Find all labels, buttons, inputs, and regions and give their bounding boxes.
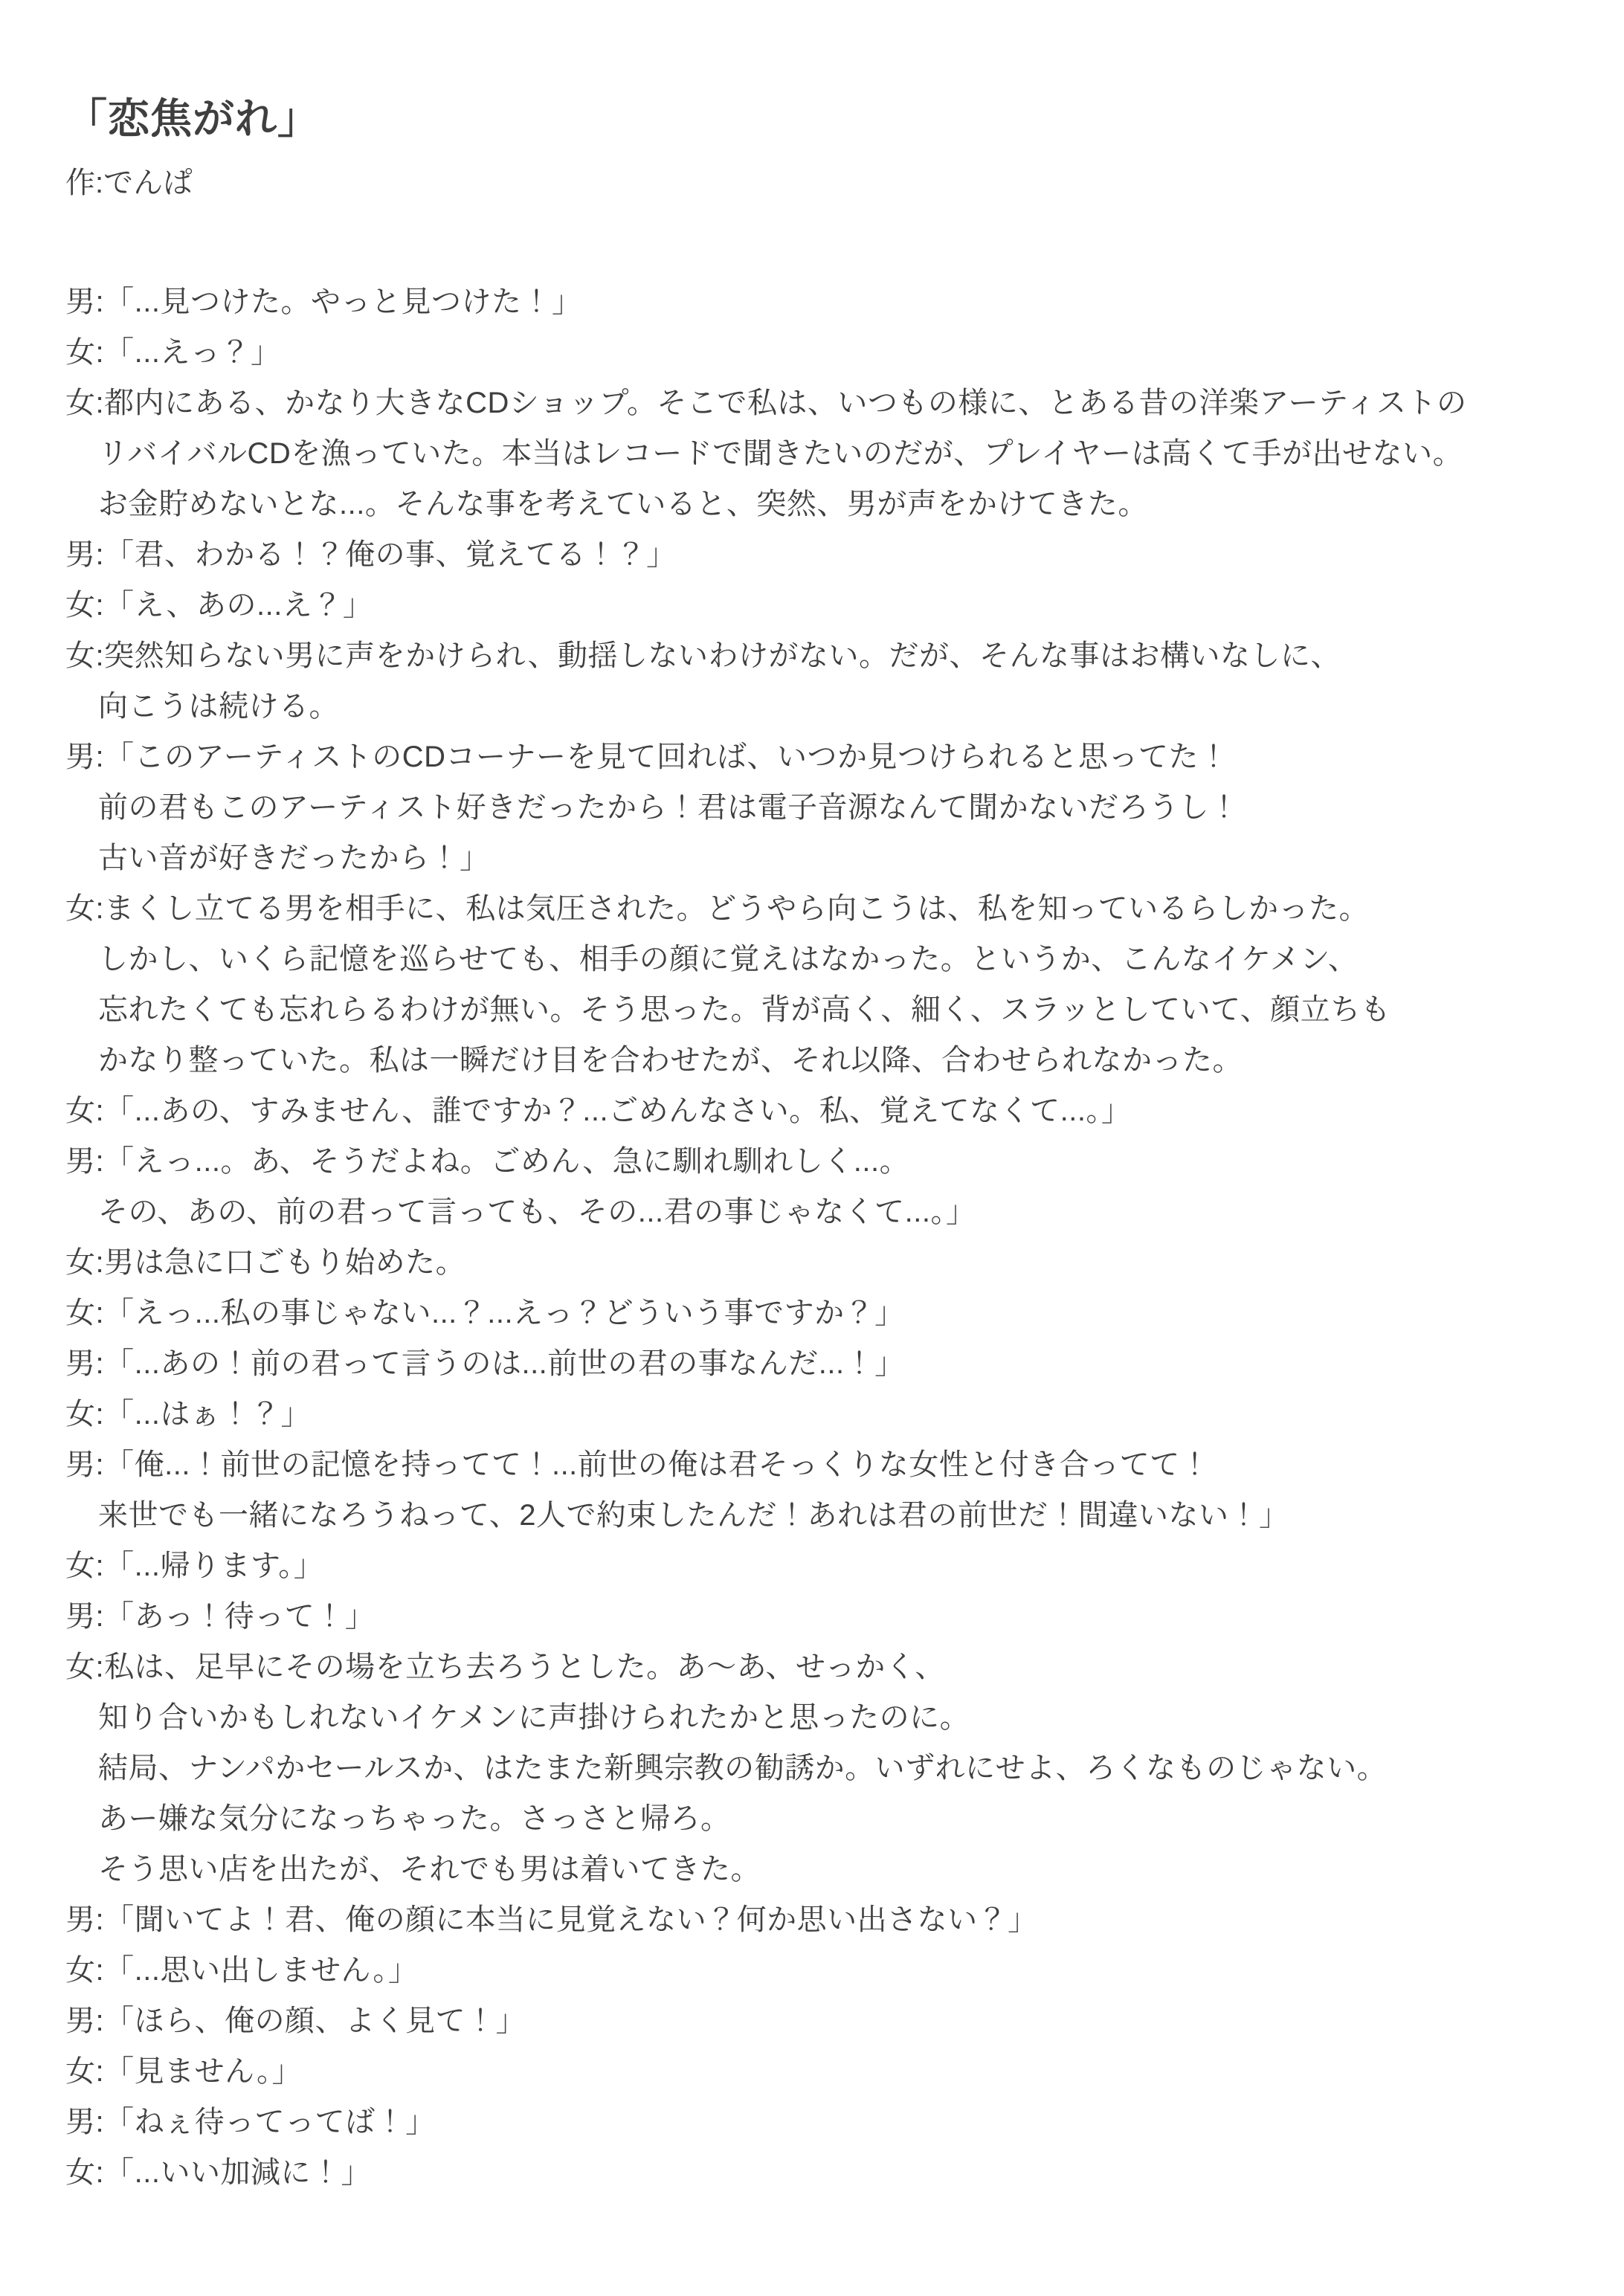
script-line: そう思い店を出たが、それでも男は着いてきた。 <box>65 1844 1579 1894</box>
script-line: リバイバルCDを漁っていた。本当はレコードで聞きたいのだが、プレイヤーは高くて手… <box>65 428 1579 479</box>
script-line: 女:まくし立てる男を相手に、私は気圧された。どうやら向こうは、私を知っているらし… <box>65 883 1579 934</box>
script-line: お金貯めないとな...。そんな事を考えていると、突然、男が声をかけてきた。 <box>65 479 1579 529</box>
document-page: 「恋焦がれ」 作:でんぱ 男:「...見つけた。やっと見つけた！」女:「...え… <box>0 0 1624 2198</box>
script-line: しかし、いくら記憶を巡らせても、相手の顔に覚えはなかった。というか、こんなイケメ… <box>65 934 1579 984</box>
script-line: 女:「...思い出しません。」 <box>65 1945 1579 1996</box>
script-body: 男:「...見つけた。やっと見つけた！」女:「...えっ？」女:都内にある、かな… <box>65 277 1579 2198</box>
script-line: 女:突然知らない男に声をかけられ、動揺しないわけがない。だが、そんな事はお構いな… <box>65 631 1579 681</box>
script-line: あー嫌な気分になっちゃった。さっさと帰ろ。 <box>65 1793 1579 1844</box>
script-line: 男:「聞いてよ！君、俺の顔に本当に見覚えない？何か思い出さない？」 <box>65 1894 1579 1945</box>
script-line: 古い音が好きだったから！」 <box>65 833 1579 883</box>
script-line: 結局、ナンパかセールスか、はたまた新興宗教の勧誘か。いずれにせよ、ろくなものじゃ… <box>65 1743 1579 1793</box>
script-line: 女:「...あの、すみません、誰ですか？...ごめんなさい。私、覚えてなくて..… <box>65 1086 1579 1136</box>
script-line: 女:私は、足早にその場を立ち去ろうとした。あ〜あ、せっかく、 <box>65 1642 1579 1692</box>
script-line: 女:男は急に口ごもり始めた。 <box>65 1237 1579 1288</box>
script-line: 女:「...えっ？」 <box>65 327 1579 378</box>
script-line: 知り合いかもしれないイケメンに声掛けられたかと思ったのに。 <box>65 1692 1579 1743</box>
script-line: 女:「えっ...私の事じゃない...？...えっ？どういう事ですか？」 <box>65 1288 1579 1338</box>
story-title: 「恋焦がれ」 <box>65 95 1579 143</box>
script-line: 女:「え、あの...え？」 <box>65 580 1579 631</box>
script-line: 女:都内にある、かなり大きなCDショップ。そこで私は、いつもの様に、とある昔の洋… <box>65 378 1579 428</box>
script-line: 男:「俺...！前世の記憶を持ってて！...前世の俺は君そっくりな女性と付き合っ… <box>65 1439 1579 1490</box>
script-line: 男:「...見つけた。やっと見つけた！」 <box>65 277 1579 327</box>
script-line: 男:「あっ！待って！」 <box>65 1591 1579 1642</box>
script-line: 男:「...あの！前の君って言うのは...前世の君の事なんだ...！」 <box>65 1338 1579 1389</box>
script-line: 女:「...はぁ！？」 <box>65 1389 1579 1439</box>
script-line: 忘れたくても忘れらるわけが無い。そう思った。背が高く、細く、スラッとしていて、顔… <box>65 984 1579 1035</box>
script-line: 男:「ほら、俺の顔、よく見て！」 <box>65 1996 1579 2046</box>
script-line: 来世でも一緒になろうねって、2人で約束したんだ！あれは君の前世だ！間違いない！」 <box>65 1490 1579 1541</box>
script-line: 前の君もこのアーティスト好きだったから！君は電子音源なんて聞かないだろうし！ <box>65 782 1579 833</box>
author-line: 作:でんぱ <box>65 165 1579 201</box>
script-line: その、あの、前の君って言っても、その...君の事じゃなくて...。」 <box>65 1187 1579 1237</box>
script-line: かなり整っていた。私は一瞬だけ目を合わせたが、それ以降、合わせられなかった。 <box>65 1035 1579 1086</box>
script-line: 男:「えっ...。あ、そうだよね。ごめん、急に馴れ馴れしく...。 <box>65 1136 1579 1187</box>
script-line: 向こうは続ける。 <box>65 681 1579 732</box>
script-line: 女:「...いい加減に！」 <box>65 2147 1579 2198</box>
script-line: 男:「このアーティストのCDコーナーを見て回れば、いつか見つけられると思ってた！ <box>65 732 1579 782</box>
script-line: 女:「...帰ります。」 <box>65 1541 1579 1591</box>
script-line: 男:「君、わかる！？俺の事、覚えてる！？」 <box>65 529 1579 580</box>
script-line: 女:「見ません。」 <box>65 2046 1579 2097</box>
script-line: 男:「ねぇ待ってってば！」 <box>65 2097 1579 2147</box>
